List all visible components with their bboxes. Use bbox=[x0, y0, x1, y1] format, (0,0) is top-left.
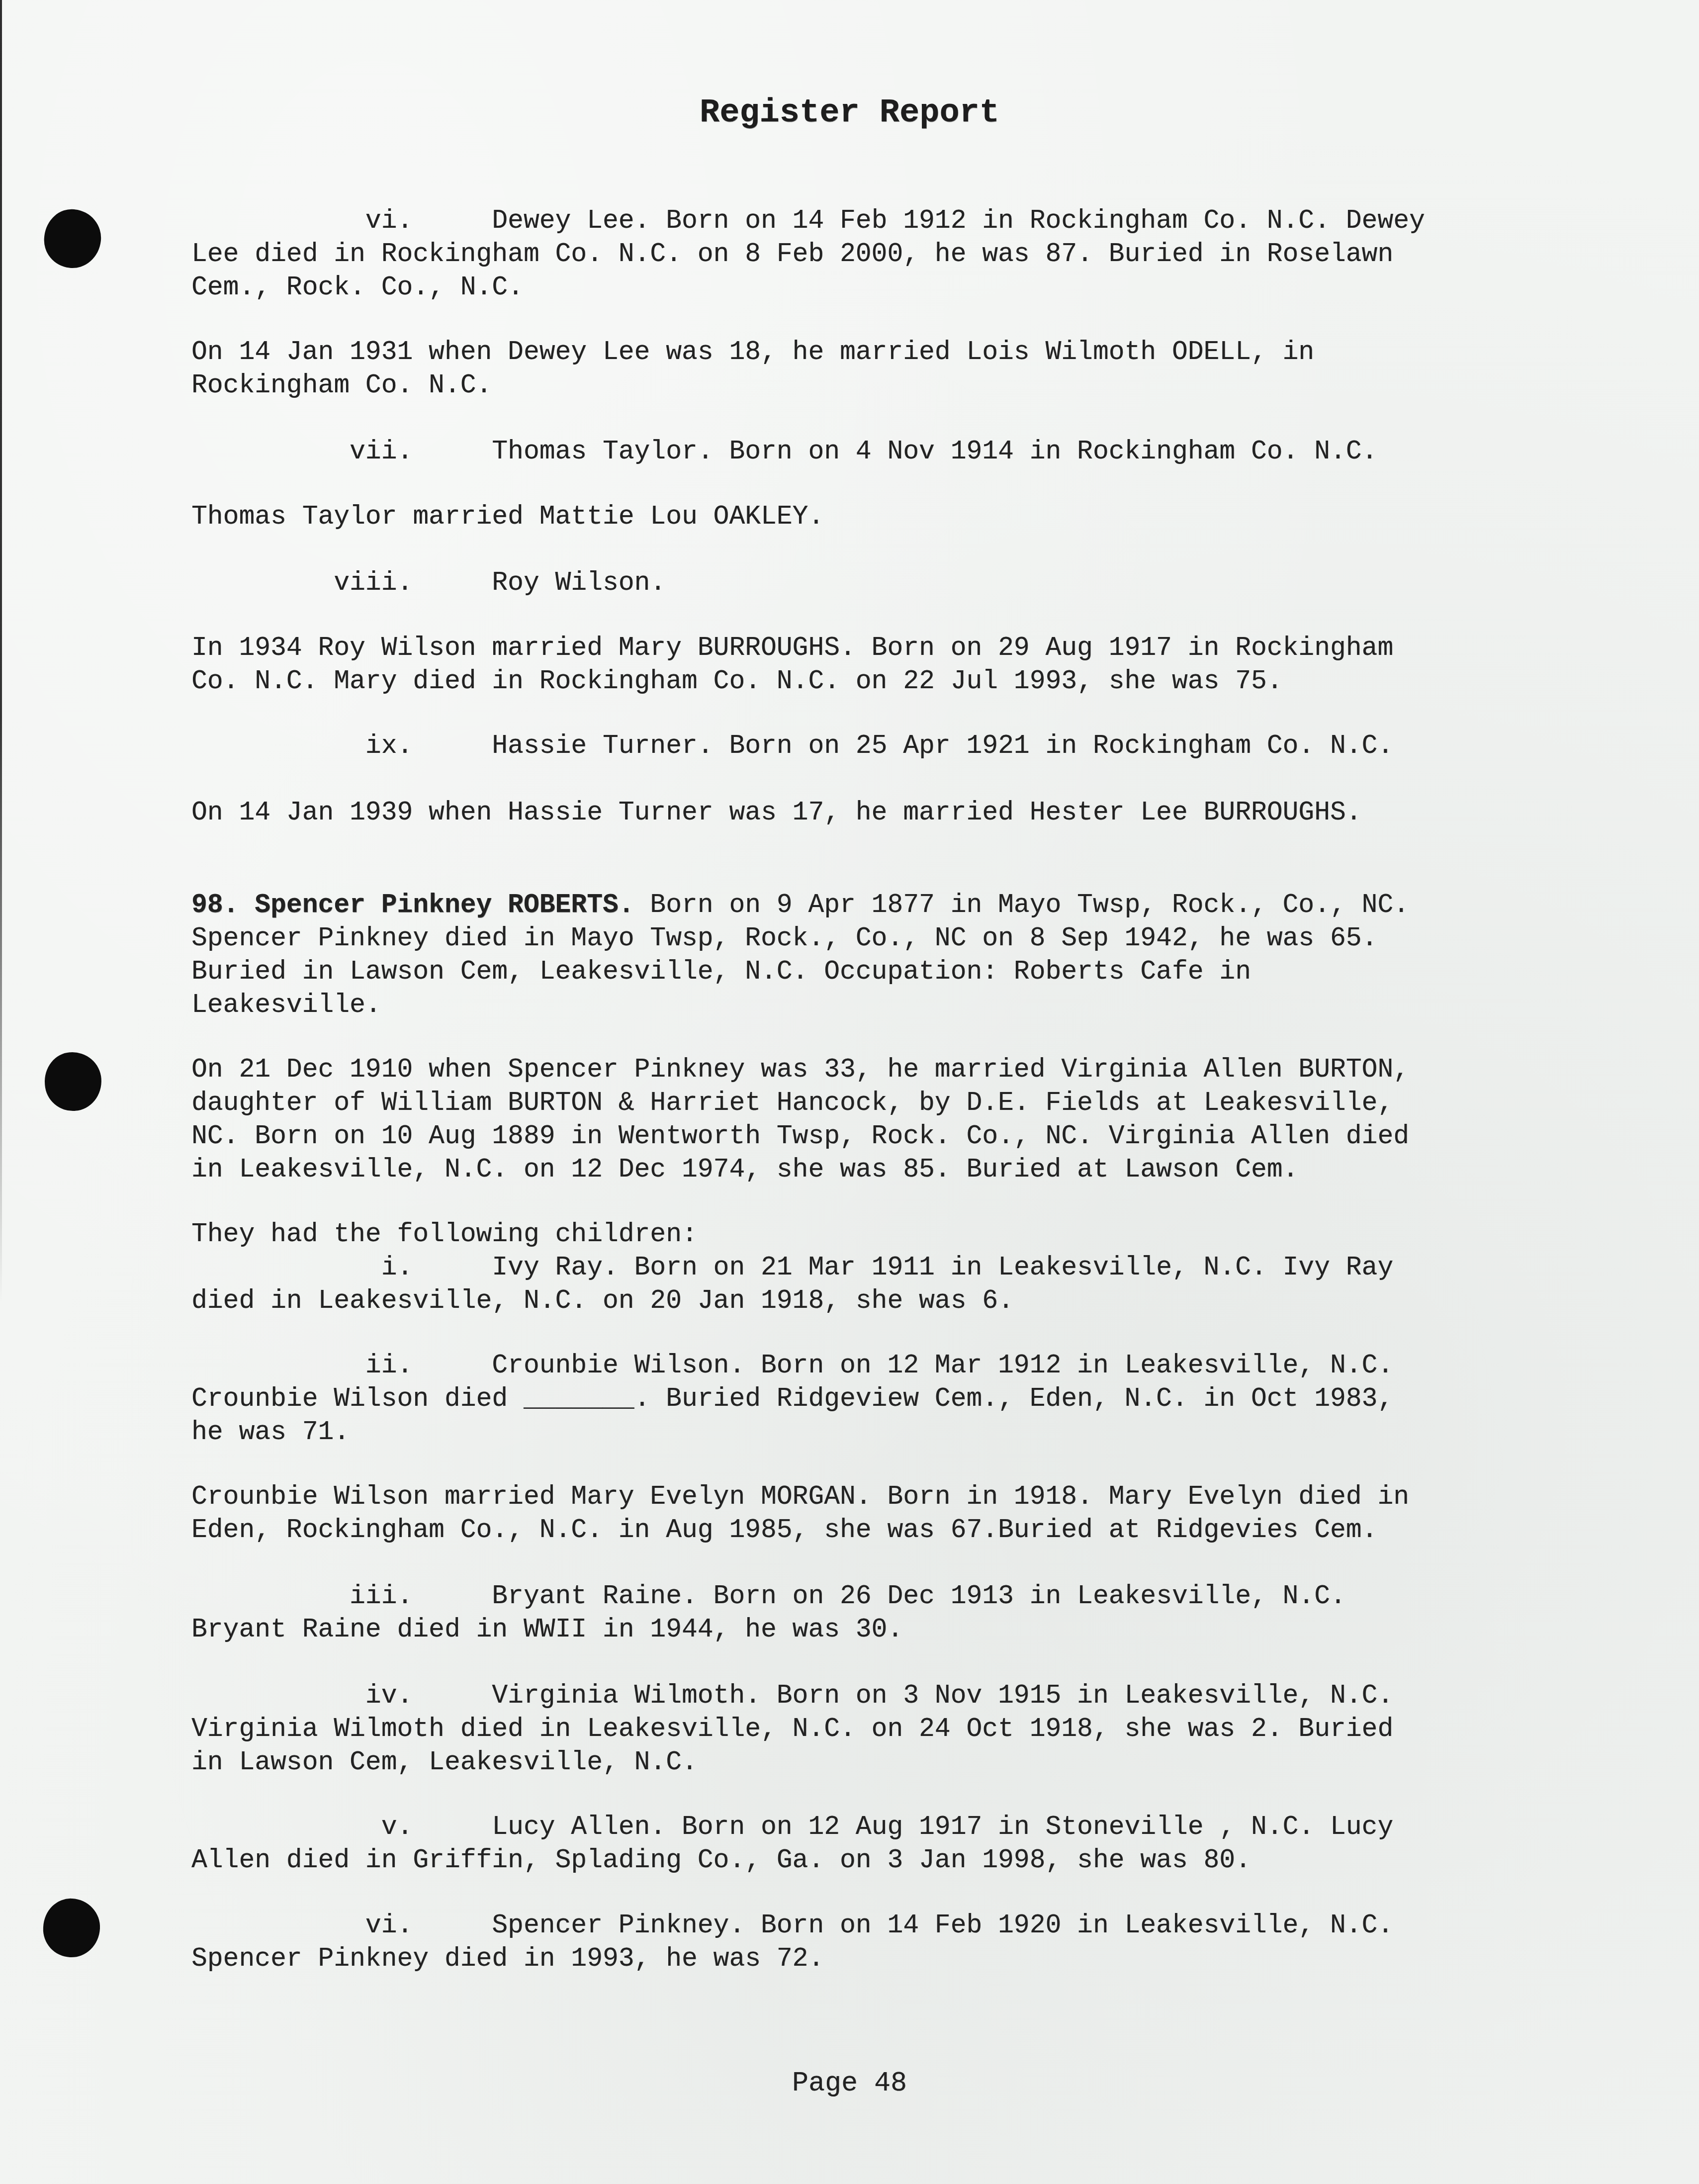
para-child-vi-spencer-pinkney: vi. Spencer Pinkney. Born on 14 Feb 1920… bbox=[191, 1909, 1633, 1976]
para-children-intro-and-ivy-ray: They had the following children: i. Ivy … bbox=[191, 1218, 1633, 1318]
scan-edge-artifact bbox=[0, 0, 2, 1303]
para-marriage-thomas-oakley: Thomas Taylor married Mattie Lou OAKLEY. bbox=[191, 500, 1633, 534]
para-marriage-roy-burroughs: In 1934 Roy Wilson married Mary BURROUGH… bbox=[191, 632, 1633, 698]
para-child-viii-roy-wilson: viii. Roy Wilson. bbox=[191, 566, 1633, 600]
para-marriage-hassie-burroughs: On 14 Jan 1939 when Hassie Turner was 17… bbox=[191, 796, 1633, 829]
para-marriage-crounbie-morgan: Crounbie Wilson married Mary Evelyn MORG… bbox=[191, 1480, 1633, 1547]
para-child-ii-crounbie-wilson: ii. Crounbie Wilson. Born on 12 Mar 1912… bbox=[191, 1349, 1633, 1449]
person-98-heading: 98. Spencer Pinkney ROBERTS. bbox=[191, 890, 634, 920]
para-child-v-lucy-allen: v. Lucy Allen. Born on 12 Aug 1917 in St… bbox=[191, 1811, 1633, 1877]
para-child-vii-thomas-taylor: vii. Thomas Taylor. Born on 4 Nov 1914 i… bbox=[191, 435, 1633, 468]
para-child-vi-dewey-lee: vi. Dewey Lee. Born on 14 Feb 1912 in Ro… bbox=[191, 204, 1633, 304]
para-marriage-spencer-burton: On 21 Dec 1910 when Spencer Pinkney was … bbox=[191, 1053, 1633, 1186]
hole-punch-middle bbox=[43, 1050, 103, 1113]
page-number: Page 48 bbox=[0, 2067, 1699, 2100]
para-person-98-spencer-pinkney-roberts: 98. Spencer Pinkney ROBERTS. Born on 9 A… bbox=[191, 889, 1633, 1022]
report-title: Register Report bbox=[0, 93, 1699, 133]
para-child-iii-bryant-raine: iii. Bryant Raine. Born on 26 Dec 1913 i… bbox=[191, 1580, 1633, 1646]
hole-punch-bottom bbox=[42, 1897, 101, 1959]
para-child-ix-hassie-turner: ix. Hassie Turner. Born on 25 Apr 1921 i… bbox=[191, 729, 1633, 763]
para-child-iv-virginia-wilmoth: iv. Virginia Wilmoth. Born on 3 Nov 1915… bbox=[191, 1679, 1633, 1779]
para-marriage-dewey-odell: On 14 Jan 1931 when Dewey Lee was 18, he… bbox=[191, 336, 1633, 402]
scanned-document-page: Register Report vi. Dewey Lee. Born on 1… bbox=[0, 0, 1699, 2184]
hole-punch-top bbox=[41, 206, 104, 271]
